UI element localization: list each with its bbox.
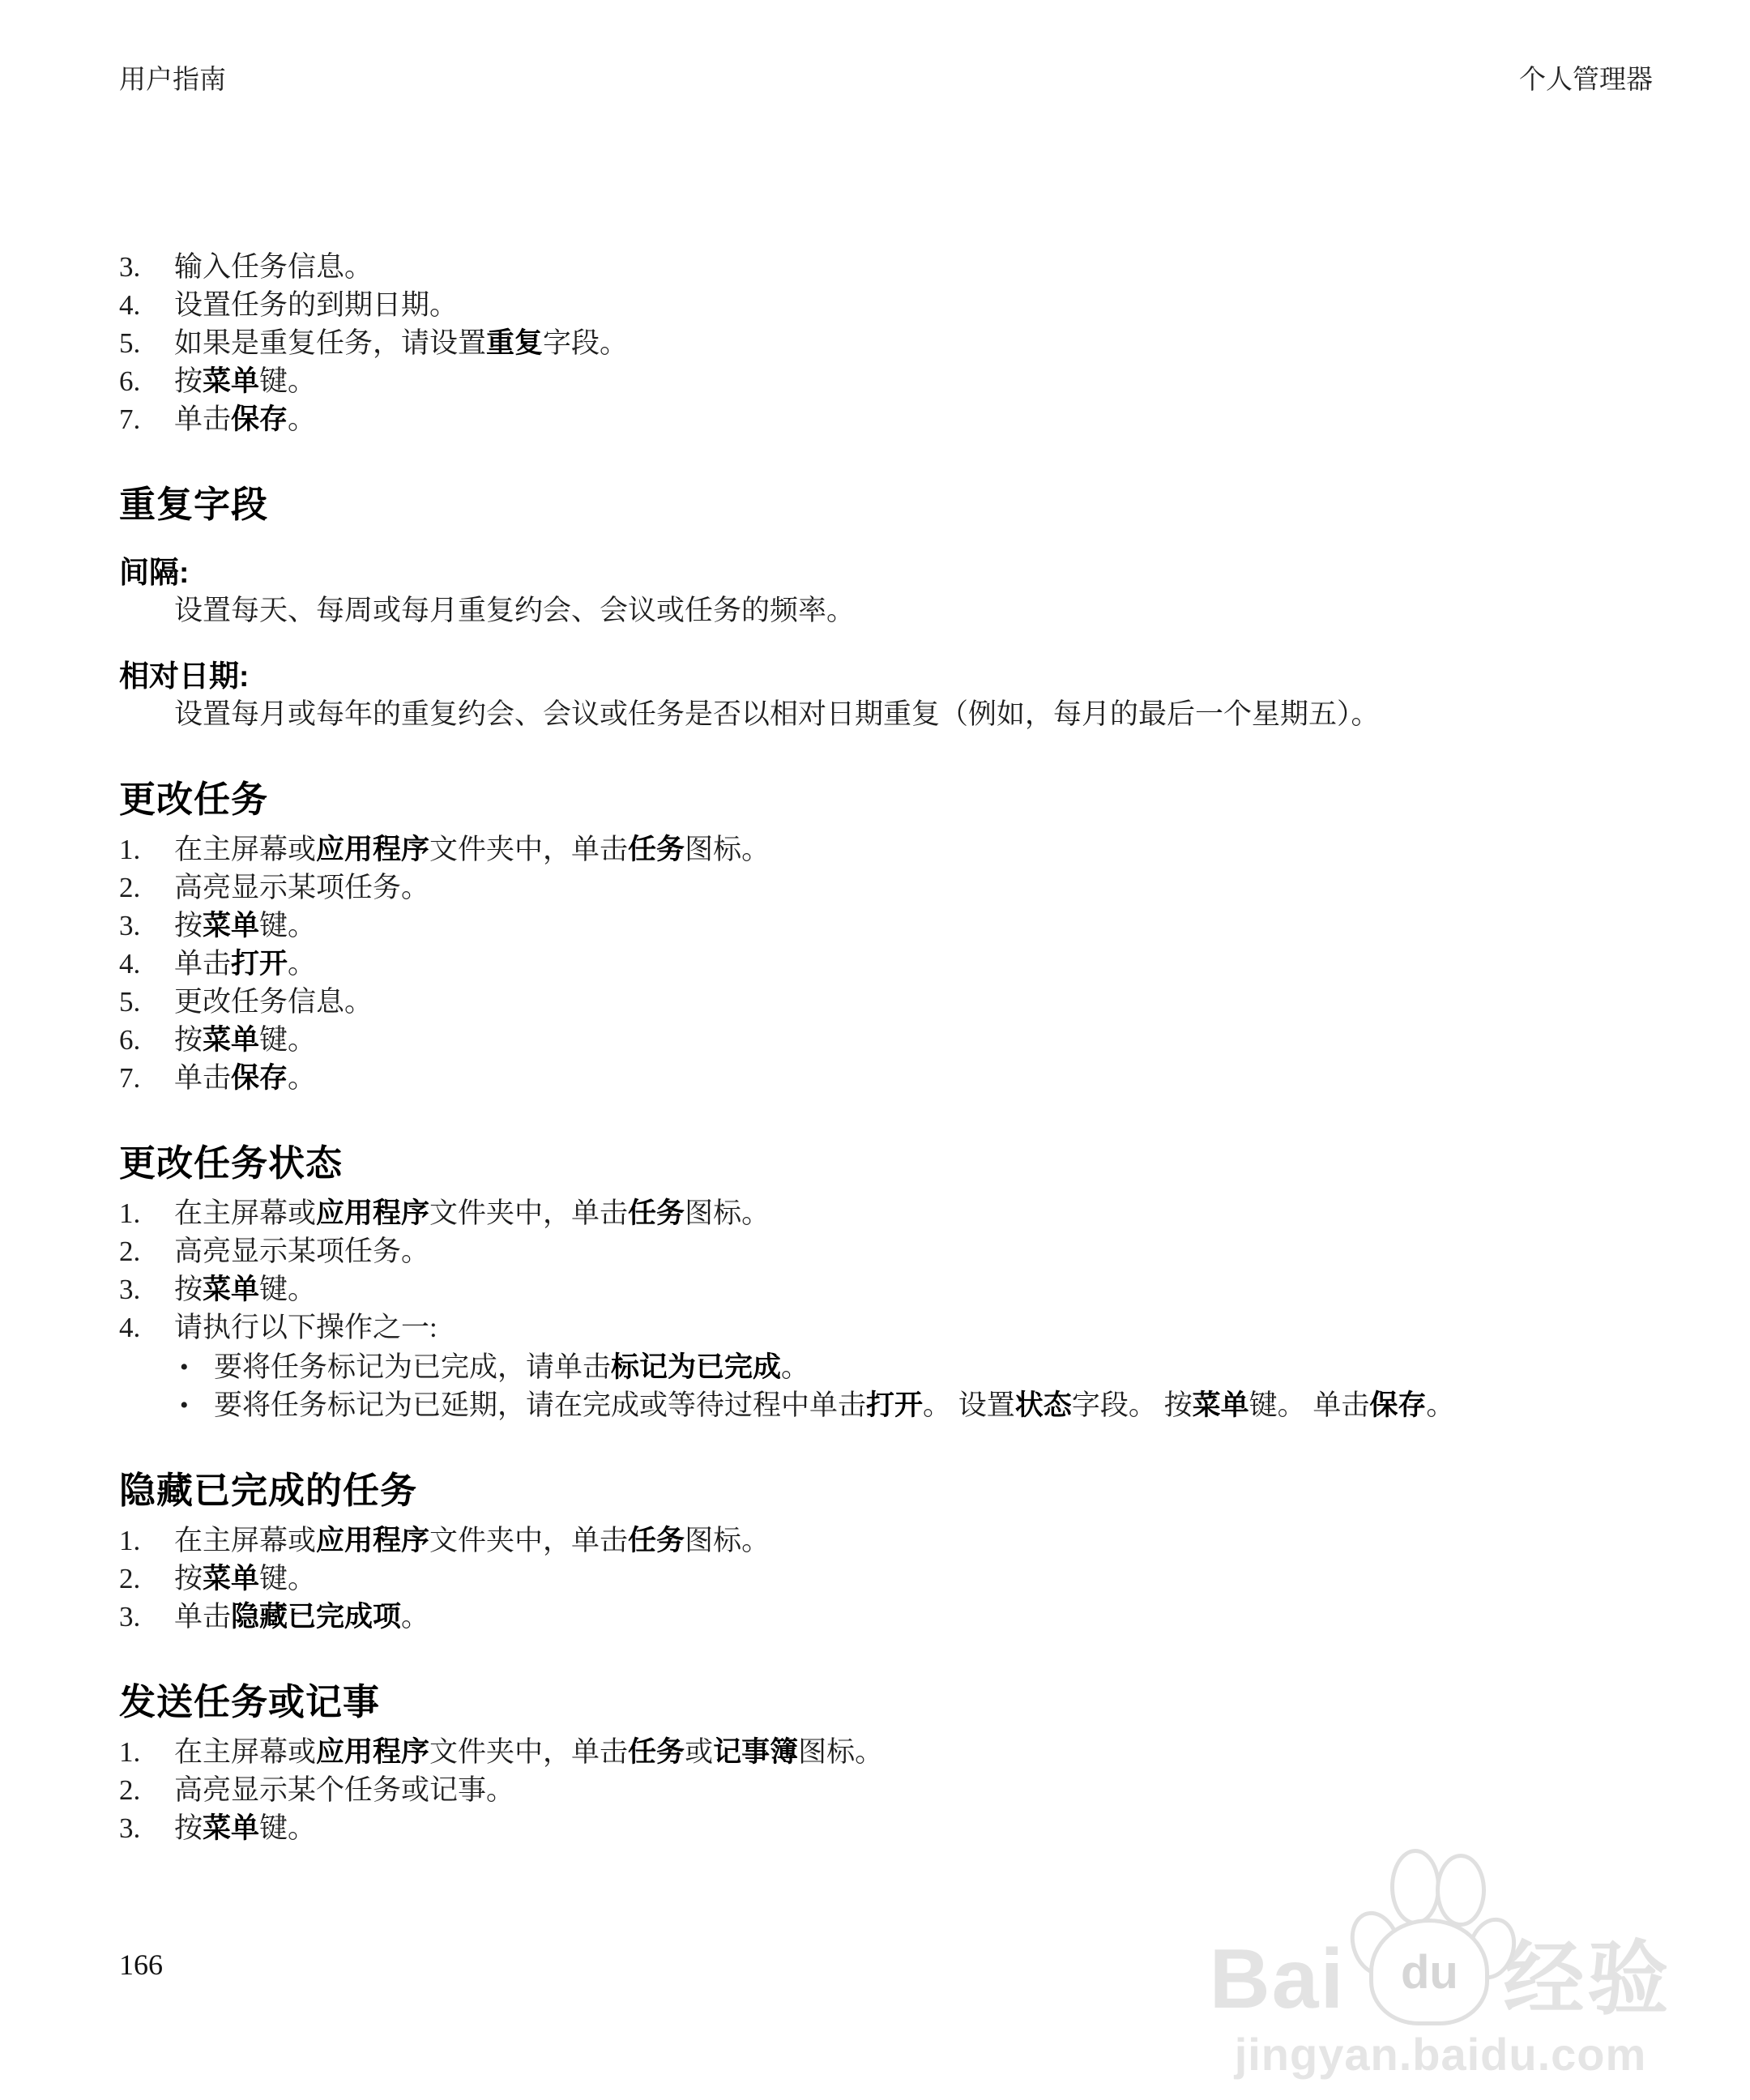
list-item: 2.高亮显示某个任务或记事。: [119, 1771, 1653, 1809]
list-item-number: 2.: [119, 1560, 174, 1598]
list-item-number: 3.: [119, 1598, 174, 1636]
list-item-number: 6.: [119, 1021, 174, 1059]
bold-term-text: 菜单: [203, 1274, 259, 1305]
list-item: 3.单击隐藏已完成项。: [119, 1598, 1653, 1636]
list-item-text: 如果是重复任务，请设置重复字段。: [174, 324, 1653, 362]
body-text: 在主屏幕或: [174, 834, 316, 865]
bold-term-text: 标记为已完成: [611, 1351, 781, 1383]
list-item-number: 7.: [119, 400, 174, 438]
body-text: 图标。: [685, 1525, 770, 1556]
list-item-number: 1.: [119, 1733, 174, 1771]
section-heading: 更改任务: [119, 779, 1653, 821]
header-left-title: 用户指南: [119, 58, 226, 96]
bold-term-text: 重复: [486, 327, 543, 359]
body-text: 图标。: [798, 1736, 883, 1768]
list-item-number: 6.: [119, 362, 174, 400]
baidu-paw-icon: du: [1345, 1847, 1503, 2021]
body-text: 设置每月或每年的重复约会、会议或任务是否以相对日期重复（例如，每月的最后一个星期…: [174, 698, 1380, 730]
body-text: 键。: [259, 1024, 316, 1056]
list-item: 3.输入任务信息。: [119, 248, 1653, 286]
body-text: 更改任务信息。: [174, 986, 373, 1018]
definition-block: 间隔:设置每天、每周或每月重复约会、会议或任务的频率。: [119, 553, 1653, 630]
list-item: 3.按菜单键。: [119, 907, 1653, 945]
bold-term-text: 任务: [628, 1525, 685, 1556]
body-text: 按: [174, 1024, 203, 1056]
list-item-text: 在主屏幕或应用程序文件夹中，单击任务或记事簿图标。: [174, 1733, 1653, 1771]
list-item-number: 3.: [119, 907, 174, 945]
list-item-text: 单击打开。: [174, 945, 1653, 983]
list-item: 1.在主屏幕或应用程序文件夹中，单击任务或记事簿图标。: [119, 1733, 1653, 1771]
list-item-number: 1.: [119, 830, 174, 869]
paw-toe-icon: [1342, 1905, 1409, 1983]
bold-term-text: 保存: [231, 403, 288, 435]
body-text: 字段。: [543, 327, 628, 359]
list-item-number: 1.: [119, 1194, 174, 1232]
bold-term-text: 记事簿: [713, 1736, 798, 1768]
bold-term-text: 菜单: [203, 910, 259, 941]
bullet-marker-icon: •: [180, 1386, 214, 1424]
list-item: 5.如果是重复任务，请设置重复字段。: [119, 324, 1653, 362]
list-item: 5.更改任务信息。: [119, 983, 1653, 1021]
list-item-number: 7.: [119, 1059, 174, 1097]
list-item-text: 按菜单键。: [174, 907, 1653, 945]
list-item-text: 在主屏幕或应用程序文件夹中，单击任务图标。: [174, 830, 1653, 869]
list-item-number: 4.: [119, 286, 174, 324]
body-text: 字段。 按: [1072, 1389, 1193, 1421]
watermark-jingyan-text: 经验: [1503, 1937, 1671, 2021]
body-text: 或: [685, 1736, 713, 1768]
definition-description: 设置每月或每年的重复约会、会议或任务是否以相对日期重复（例如，每月的最后一个星期…: [119, 695, 1653, 733]
list-item-text: 在主屏幕或应用程序文件夹中，单击任务图标。: [174, 1522, 1653, 1560]
numbered-list: 1.在主屏幕或应用程序文件夹中，单击任务图标。2.高亮显示某项任务。3.按菜单键…: [119, 1194, 1653, 1424]
body-text: 如果是重复任务，请设置: [174, 327, 486, 359]
list-item-text: 输入任务信息。: [174, 248, 1653, 286]
body-text: 按: [174, 1274, 203, 1305]
list-item-text: 更改任务信息。: [174, 983, 1653, 1021]
body-text: 要将任务标记为已完成，请单击: [214, 1351, 611, 1383]
body-text: 。: [288, 403, 316, 435]
list-item-text: 高亮显示某个任务或记事。: [174, 1771, 1653, 1809]
bold-term-text: 应用程序: [316, 1736, 429, 1768]
list-item: 6.按菜单键。: [119, 1021, 1653, 1059]
definition-term: 间隔:: [119, 553, 1653, 591]
numbered-list: 1.在主屏幕或应用程序文件夹中，单击任务图标。2.高亮显示某项任务。3.按菜单键…: [119, 830, 1653, 1097]
bold-term-text: 状态: [1015, 1389, 1072, 1421]
list-item-number: 2.: [119, 869, 174, 907]
body-text: 图标。: [685, 1197, 770, 1229]
body-text: 键。 单击: [1249, 1389, 1370, 1421]
bold-term-text: 打开: [231, 948, 288, 980]
list-item: 4.请执行以下操作之一:•要将任务标记为已完成，请单击标记为已完成。•要将任务标…: [119, 1308, 1653, 1424]
bold-term-text: 菜单: [203, 1563, 259, 1594]
list-item-text: 请执行以下操作之一:: [174, 1308, 1653, 1347]
body-text: 按: [174, 365, 203, 397]
definition-term: 相对日期:: [119, 657, 1653, 695]
section-heading: 更改任务状态: [119, 1142, 1653, 1184]
list-item-text: 按菜单键。: [174, 1560, 1653, 1598]
list-item: 7.单击保存。: [119, 1059, 1653, 1097]
definition-block: 相对日期:设置每月或每年的重复约会、会议或任务是否以相对日期重复（例如，每月的最…: [119, 657, 1653, 733]
body-text: 设置每天、每周或每月重复约会、会议或任务的频率。: [174, 595, 855, 626]
list-item-text: 在主屏幕或应用程序文件夹中，单击任务图标。: [174, 1194, 1653, 1232]
body-text: 高亮显示某项任务。: [174, 872, 429, 903]
numbered-list: 1.在主屏幕或应用程序文件夹中，单击任务或记事簿图标。2.高亮显示某个任务或记事…: [119, 1733, 1653, 1847]
watermark-du-text: du: [1401, 1945, 1458, 2000]
baidu-jingyan-watermark: Bai du 经验 jingyan.baidu.com: [1206, 1847, 1675, 2081]
body-text: 文件夹中，单击: [429, 1525, 628, 1556]
body-text: 单击: [174, 1601, 231, 1633]
bold-term-text: 菜单: [203, 365, 259, 397]
list-item-text: 按菜单键。: [174, 1021, 1653, 1059]
bold-term-text: 打开: [866, 1389, 923, 1421]
body-text: 。 设置: [923, 1389, 1015, 1421]
body-text: 按: [174, 910, 203, 941]
definition-description: 设置每天、每周或每月重复约会、会议或任务的频率。: [119, 591, 1653, 630]
list-item-number: 3.: [119, 248, 174, 286]
body-text: 文件夹中，单击: [429, 1736, 628, 1768]
bold-term-text: 任务: [628, 1197, 685, 1229]
list-item-number: 2.: [119, 1771, 174, 1809]
list-item-text: 单击隐藏已完成项。: [174, 1598, 1653, 1636]
list-item-number: 3.: [119, 1270, 174, 1308]
bold-term-text: 任务: [628, 1736, 685, 1768]
list-item: 6.按菜单键。: [119, 362, 1653, 400]
bullet-item-text: 要将任务标记为已完成，请单击标记为已完成。: [214, 1348, 1653, 1386]
body-text: 在主屏幕或: [174, 1525, 316, 1556]
list-item: 2.高亮显示某项任务。: [119, 869, 1653, 907]
bold-term-text: 应用程序: [316, 834, 429, 865]
bold-term-text: 应用程序: [316, 1525, 429, 1556]
paw-toe-icon: [1390, 1849, 1441, 1925]
body-text: 。: [401, 1601, 429, 1633]
section-heading: 发送任务或记事: [119, 1681, 1653, 1723]
header-right-title: 个人管理器: [1519, 58, 1653, 96]
body-text: 图标。: [685, 834, 770, 865]
body-text: 输入任务信息。: [174, 251, 373, 283]
watermark-url-text: jingyan.baidu.com: [1206, 2028, 1675, 2081]
body-text: 。: [288, 948, 316, 980]
bullet-item-text: 要将任务标记为已延期，请在完成或等待过程中单击打开。 设置状态字段。 按菜单键。…: [214, 1386, 1653, 1424]
section-heading: 重复字段: [119, 484, 1653, 526]
body-text: 按: [174, 1563, 203, 1594]
body-text: 文件夹中，单击: [429, 834, 628, 865]
body-text: 键。: [259, 1274, 316, 1305]
bullet-marker-icon: •: [180, 1348, 214, 1386]
bold-term-text: 保存: [231, 1062, 288, 1094]
paw-toe-icon: [1460, 1911, 1524, 1986]
bold-term-text: 菜单: [203, 1812, 259, 1844]
body-text: 单击: [174, 1062, 231, 1094]
numbered-list: 1.在主屏幕或应用程序文件夹中，单击任务图标。2.按菜单键。3.单击隐藏已完成项…: [119, 1522, 1653, 1636]
watermark-baidu-text: Bai: [1210, 1937, 1346, 2021]
body-text: 在主屏幕或: [174, 1736, 316, 1768]
list-item: 4.单击打开。: [119, 945, 1653, 983]
list-item-number: 4.: [119, 1308, 174, 1347]
list-item-number: 4.: [119, 945, 174, 983]
list-item-text: 单击保存。: [174, 400, 1653, 438]
paw-toe-icon: [1436, 1854, 1486, 1927]
body-text: 单击: [174, 403, 231, 435]
bold-term-text: 任务: [628, 834, 685, 865]
list-item-number: 5.: [119, 324, 174, 362]
body-text: 。: [1426, 1389, 1454, 1421]
body-text: 在主屏幕或: [174, 1197, 316, 1229]
bold-term-text: 隐藏已完成项: [231, 1601, 401, 1633]
numbered-list: 3.输入任务信息。4.设置任务的到期日期。5.如果是重复任务，请设置重复字段。6…: [119, 248, 1653, 438]
bold-term-text: 菜单: [1193, 1389, 1249, 1421]
body-text: 键。: [259, 365, 316, 397]
list-item: 2.高亮显示某项任务。: [119, 1232, 1653, 1270]
list-item: 1.在主屏幕或应用程序文件夹中，单击任务图标。: [119, 830, 1653, 869]
page-number: 166: [119, 1948, 163, 1982]
bullet-list: •要将任务标记为已完成，请单击标记为已完成。•要将任务标记为已延期，请在完成或等…: [180, 1348, 1653, 1424]
body-text: 设置任务的到期日期。: [174, 289, 458, 321]
list-item-number: 2.: [119, 1232, 174, 1270]
body-text: 。: [781, 1351, 809, 1383]
body-text: 键。: [259, 1563, 316, 1594]
body-text: 请执行以下操作之一:: [174, 1312, 437, 1343]
list-item-text: 按菜单键。: [174, 1809, 1653, 1847]
list-item: 1.在主屏幕或应用程序文件夹中，单击任务图标。: [119, 1522, 1653, 1560]
list-item-number: 5.: [119, 983, 174, 1021]
section-heading: 隐藏已完成的任务: [119, 1470, 1653, 1512]
body-text: 文件夹中，单击: [429, 1197, 628, 1229]
body-text: 要将任务标记为已延期，请在完成或等待过程中单击: [214, 1389, 866, 1421]
bold-term-text: 菜单: [203, 1024, 259, 1056]
list-item-number: 1.: [119, 1522, 174, 1560]
body-text: 键。: [259, 1812, 316, 1844]
document-page: 用户指南 个人管理器 3.输入任务信息。4.设置任务的到期日期。5.如果是重复任…: [0, 0, 1750, 2100]
document-content: 3.输入任务信息。4.设置任务的到期日期。5.如果是重复任务，请设置重复字段。6…: [119, 248, 1653, 1847]
list-item: 1.在主屏幕或应用程序文件夹中，单击任务图标。: [119, 1194, 1653, 1232]
list-item-text: 按菜单键。: [174, 362, 1653, 400]
bullet-item: •要将任务标记为已延期，请在完成或等待过程中单击打开。 设置状态字段。 按菜单键…: [180, 1386, 1653, 1424]
list-item: 3.按菜单键。: [119, 1809, 1653, 1847]
list-item-number: 3.: [119, 1809, 174, 1847]
list-item: 2.按菜单键。: [119, 1560, 1653, 1598]
list-item-text: 按菜单键。: [174, 1270, 1653, 1308]
body-text: 键。: [259, 910, 316, 941]
bold-term-text: 保存: [1369, 1389, 1426, 1421]
watermark-logo-row: Bai du 经验: [1206, 1847, 1675, 2021]
body-text: 按: [174, 1812, 203, 1844]
list-item-text: 高亮显示某项任务。: [174, 1232, 1653, 1270]
list-item-text: 高亮显示某项任务。: [174, 869, 1653, 907]
list-item: 4.设置任务的到期日期。: [119, 286, 1653, 324]
bullet-item: •要将任务标记为已完成，请单击标记为已完成。: [180, 1348, 1653, 1386]
body-text: 高亮显示某项任务。: [174, 1236, 429, 1267]
paw-pad-icon: du: [1369, 1919, 1489, 2025]
page-header: 用户指南 个人管理器: [119, 58, 1653, 96]
bold-term-text: 应用程序: [316, 1197, 429, 1229]
list-item: 3.按菜单键。: [119, 1270, 1653, 1308]
list-item-text: 设置任务的到期日期。: [174, 286, 1653, 324]
body-text: 。: [288, 1062, 316, 1094]
body-text: 高亮显示某个任务或记事。: [174, 1774, 514, 1806]
body-text: 单击: [174, 948, 231, 980]
list-item-text: 单击保存。: [174, 1059, 1653, 1097]
list-item: 7.单击保存。: [119, 400, 1653, 438]
